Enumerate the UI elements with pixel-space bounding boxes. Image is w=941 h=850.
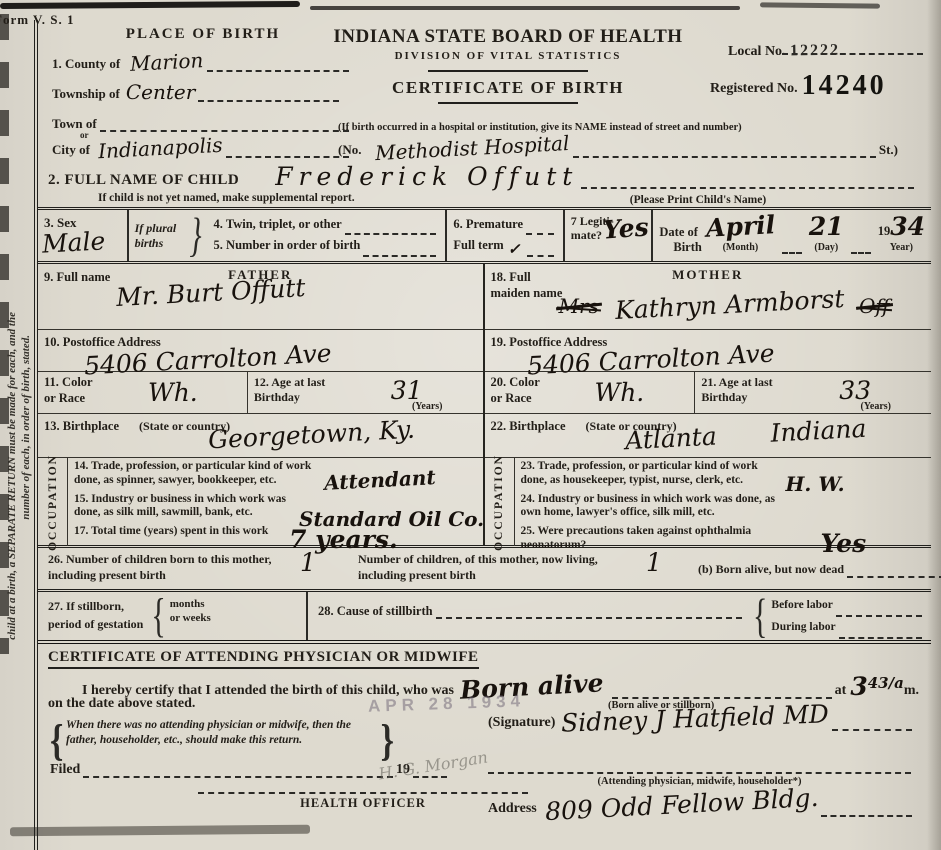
margin-plural-births-note: child at a birth, a SEPARATE RETURN must… bbox=[6, 40, 36, 640]
father-trade-item: 14. Trade, profession, or particular kin… bbox=[74, 460, 324, 488]
year-label: Year) bbox=[890, 242, 913, 253]
children-born-value: 1 bbox=[300, 550, 316, 575]
county-value: Marion bbox=[130, 50, 204, 74]
cause-label: 28. Cause of stillbirth bbox=[318, 604, 433, 619]
dashed-line bbox=[345, 223, 437, 235]
margin-note-line1: child at a birth, a SEPARATE RETURN must… bbox=[6, 312, 18, 640]
stillborn-label-2: period of gestation bbox=[48, 617, 143, 631]
premature-cell: 6. Premature Full term✓ bbox=[445, 210, 562, 261]
attending-dashed-line bbox=[488, 772, 911, 774]
divider-rule bbox=[428, 70, 588, 72]
hospital-line: (No. Methodist Hospital St.) bbox=[338, 138, 898, 158]
child-name-value: Frederick Offutt bbox=[275, 164, 578, 189]
dashed-line bbox=[821, 805, 912, 817]
division-subtitle: DIVISION OF VITAL STATISTICS bbox=[308, 50, 708, 62]
father-trade-label: 14. Trade, profession, or particular kin… bbox=[74, 460, 311, 486]
mother-name-value: Kathryn Armborst bbox=[615, 286, 845, 323]
date-stated-text: on the date above stated. bbox=[48, 696, 195, 712]
certificate-title: CERTIFICATE OF BIRTH bbox=[328, 78, 688, 98]
city-value: Indianapolis bbox=[97, 135, 222, 161]
father-color-cell: 11. Color or Race Wh. bbox=[38, 372, 247, 413]
filed-label: Filed bbox=[50, 762, 80, 778]
birth-month-value: April bbox=[705, 212, 775, 241]
print-name-note: (Please Print Child's Name) bbox=[538, 194, 858, 206]
weeks-label: or weeks bbox=[170, 612, 211, 624]
child-name-line: 2. FULL NAME OF CHILD Frederick Offutt bbox=[48, 164, 917, 189]
dashed-line bbox=[226, 146, 349, 158]
mother-column: MOTHER 18. Full maiden name Mrs Kathryn … bbox=[485, 264, 932, 545]
father-time-label: 17. Total time (years) spent in this wor… bbox=[74, 525, 268, 537]
date-label-2: Birth bbox=[673, 240, 701, 254]
dashed-line bbox=[847, 566, 941, 578]
dashed-line bbox=[573, 146, 876, 158]
mother-occupation-tab: OCCUPATION bbox=[485, 458, 515, 546]
address-label: Address bbox=[488, 801, 537, 817]
sex-value: Male bbox=[41, 228, 106, 256]
mother-section-title: MOTHER bbox=[485, 267, 932, 283]
dashed-line bbox=[851, 242, 871, 254]
county-label: 1. County of bbox=[52, 56, 120, 72]
dashed-line bbox=[527, 245, 553, 257]
health-officer-label: HEALTH OFFICER bbox=[198, 796, 528, 811]
twin-order-cell: 4. Twin, triplet, or other 5. Number in … bbox=[208, 210, 446, 261]
mother-age-cell: 21. Age at last Birthday 33 (Years) bbox=[694, 372, 931, 413]
margin-note-line2: number of each, in order of birth, state… bbox=[20, 335, 32, 520]
county-line: 1. County of Marion bbox=[52, 52, 352, 72]
mother-industry-item: 24. Industry or business in which work w… bbox=[521, 493, 796, 521]
town-line: Town of bbox=[52, 116, 352, 132]
dashed-line bbox=[581, 177, 914, 189]
father-occupation-block: OCCUPATION 14. Trade, profession, or par… bbox=[38, 458, 483, 546]
dashed-line bbox=[782, 242, 802, 254]
mother-trade-value: H. W. bbox=[786, 474, 845, 494]
mother-industry-label: 24. Industry or business in which work w… bbox=[521, 493, 775, 519]
mother-birthplace-label: 22. Birthplace bbox=[491, 419, 566, 433]
address-line: Address 809 Odd Fellow Bldg. bbox=[488, 792, 915, 817]
premature-label: 6. Premature bbox=[453, 214, 523, 235]
local-no-line: Local No. 12222 bbox=[728, 42, 923, 60]
mother-birthplace-row: 22. Birthplace (State or country) Atlant… bbox=[485, 414, 932, 458]
township-label: Township of bbox=[52, 86, 120, 102]
local-no-value: 12222 bbox=[789, 42, 839, 61]
stillborn-label-1: 27. If stillborn, bbox=[48, 599, 124, 613]
father-age-cell: 12. Age at last Birthday 31 (Years) bbox=[247, 372, 483, 413]
local-no-label: Local No. bbox=[728, 44, 786, 59]
date-label-1: Date of bbox=[659, 225, 698, 239]
mother-race-age-row: 20. Color or Race Wh. 21. Age at last Bi… bbox=[485, 372, 932, 414]
physician-section: CERTIFICATE OF ATTENDING PHYSICIAN OR MI… bbox=[38, 644, 931, 850]
father-birthplace-row: 13. Birthplace (State or country) George… bbox=[38, 414, 483, 458]
plural-births-cell: If plural births } bbox=[127, 210, 208, 261]
signature-line: (Signature) Sidney J Hatfield MD bbox=[488, 706, 915, 731]
twin-label: 4. Twin, triplet, or other bbox=[214, 214, 342, 235]
stillbirth-row: 27. If stillborn, period of gestation { … bbox=[38, 592, 931, 644]
birth-year-value: 34 bbox=[890, 212, 925, 241]
dashed-line bbox=[839, 627, 922, 639]
full-term-checkmark: ✓ bbox=[508, 242, 521, 257]
mother-color-label: 20. Color or Race bbox=[491, 375, 551, 406]
time-fraction-value: 43/a bbox=[868, 676, 904, 691]
birth-details-row: 3. Sex Male If plural births } 4. Twin, … bbox=[38, 210, 931, 264]
dashed-line bbox=[436, 607, 742, 619]
hospital-value: Methodist Hospital bbox=[375, 133, 570, 163]
dashed-line bbox=[832, 719, 912, 731]
date-of-birth-cell: Date ofBirth April(Month) 21(Day) 1934Ye… bbox=[651, 210, 931, 261]
mother-name-struck-suffix: Off bbox=[859, 296, 890, 316]
certificate-form: PLACE OF BIRTH 1. County of Marion Towns… bbox=[34, 20, 931, 850]
mother-trade-label: 23. Trade, profession, or particular kin… bbox=[521, 460, 758, 486]
dashed-line bbox=[100, 120, 349, 132]
mother-color-value: Wh. bbox=[595, 380, 645, 405]
sex-cell: 3. Sex Male bbox=[38, 210, 127, 261]
legitimate-value: Yes bbox=[602, 214, 649, 242]
time-hour-value: 3 bbox=[850, 674, 867, 699]
township-line: Township of Center bbox=[52, 82, 342, 102]
address-value: 809 Odd Fellow Bldg. bbox=[544, 785, 819, 824]
parents-section: FATHER 9. Full name Mr. Burt Offutt 10. … bbox=[38, 264, 931, 548]
dashed-line bbox=[526, 223, 554, 235]
legitimate-cell: 7 Legiti-mate? Yes bbox=[563, 210, 652, 261]
supplemental-note: If child is not yet named, make suppleme… bbox=[98, 192, 518, 204]
children-living-label: Number of children, of this mother, now … bbox=[358, 552, 638, 583]
months-label: months bbox=[170, 598, 205, 610]
mother-occupation-label: OCCUPATION bbox=[493, 454, 505, 551]
father-column: FATHER 9. Full name Mr. Burt Offutt 10. … bbox=[38, 264, 485, 545]
labor-cell: { Before labor During labor bbox=[753, 592, 931, 640]
no-attending-note: { When there was no attending physician … bbox=[52, 718, 392, 748]
no-attending-note-text: When there was no attending physician or… bbox=[66, 719, 351, 746]
mother-address-row: 19. Postoffice Address 5406 Carrolton Av… bbox=[485, 330, 932, 372]
town-label: Town of bbox=[52, 116, 97, 132]
brace-icon: { bbox=[753, 590, 767, 644]
children-dead-label: (b) Born alive, but now dead bbox=[698, 562, 844, 578]
dashed-line bbox=[836, 605, 922, 617]
or-label: or bbox=[80, 130, 89, 140]
dashed-line bbox=[83, 766, 393, 778]
mother-occupation-block: OCCUPATION 23. Trade, profession, or par… bbox=[485, 458, 932, 546]
full-term-label: Full term bbox=[453, 235, 503, 256]
hospital-st-label: St.) bbox=[879, 142, 898, 158]
dashed-line bbox=[363, 245, 436, 257]
month-label: (Month) bbox=[723, 242, 759, 253]
mother-age-unit: (Years) bbox=[860, 401, 891, 412]
board-title: INDIANA STATE BOARD OF HEALTH bbox=[308, 26, 708, 48]
father-industry-item: 15. Industry or business in which work w… bbox=[74, 493, 307, 521]
plural-births-label: If plural births bbox=[135, 221, 190, 251]
registered-no-label: Registered No. bbox=[710, 81, 798, 97]
divider-rule bbox=[438, 102, 578, 104]
dashed-line bbox=[612, 687, 831, 699]
brace-icon: { bbox=[151, 589, 165, 651]
attending-note: (Attending physician, midwife, household… bbox=[488, 776, 911, 787]
brace-icon: } bbox=[190, 208, 202, 262]
father-age-label: 12. Age at last Birthday bbox=[254, 375, 344, 405]
city-label: City of bbox=[52, 142, 90, 158]
mother-age-value: 33 bbox=[839, 378, 871, 403]
father-address-label: 10. Postoffice Address bbox=[44, 335, 161, 349]
city-line: or City of Indianapolis bbox=[52, 138, 352, 158]
child-name-label: 2. FULL NAME OF CHILD bbox=[48, 172, 239, 189]
father-industry-label: 15. Industry or business in which work w… bbox=[74, 493, 286, 519]
place-of-birth-title: PLACE OF BIRTH bbox=[98, 26, 308, 43]
children-born-label: 26. Number of children born to this moth… bbox=[48, 552, 298, 583]
children-dead-line: (b) Born alive, but now dead bbox=[698, 562, 941, 578]
hospital-no-label: (No. bbox=[338, 142, 361, 158]
at-label: at bbox=[835, 683, 847, 699]
father-occupation-tab: OCCUPATION bbox=[38, 458, 68, 546]
day-label: (Day) bbox=[814, 242, 838, 253]
before-labor-label: Before labor bbox=[771, 595, 832, 617]
signature-value: Sidney J Hatfield MD bbox=[561, 701, 830, 735]
health-officer-dashed-line bbox=[198, 792, 528, 794]
father-race-age-row: 11. Color or Race Wh. 12. Age at last Bi… bbox=[38, 372, 483, 414]
mother-name-row: MOTHER 18. Full maiden name Mrs Kathryn … bbox=[485, 264, 932, 330]
dashed-line bbox=[198, 90, 339, 102]
father-birthplace-label: 13. Birthplace bbox=[44, 419, 119, 433]
father-address-row: 10. Postoffice Address 5406 Carrolton Av… bbox=[38, 330, 483, 372]
stillborn-cell: 27. If stillborn, period of gestation { … bbox=[38, 592, 306, 640]
cause-cell: 28. Cause of stillbirth bbox=[306, 592, 753, 640]
children-living-value: 1 bbox=[646, 550, 662, 575]
father-age-value: 31 bbox=[391, 378, 423, 403]
father-color-value: Wh. bbox=[148, 380, 198, 405]
order-label: 5. Number in order of birth bbox=[214, 235, 361, 256]
signature-label: (Signature) bbox=[488, 715, 555, 731]
father-birthplace-value: Georgetown, Ky. bbox=[207, 417, 415, 453]
children-count-row: 26. Number of children born to this moth… bbox=[38, 548, 931, 592]
m-label: m. bbox=[904, 683, 919, 699]
father-age-unit: (Years) bbox=[412, 401, 443, 412]
mother-age-label: 21. Age at last Birthday bbox=[701, 375, 791, 405]
father-time-item: 17. Total time (years) spent in this wor… bbox=[74, 525, 275, 539]
father-trade-value: Attendant bbox=[324, 467, 437, 493]
registered-no-line: Registered No. 14240 bbox=[710, 72, 930, 100]
township-value: Center bbox=[126, 82, 195, 102]
mother-color-cell: 20. Color or Race Wh. bbox=[485, 372, 695, 413]
year-prefix: 19 bbox=[878, 224, 891, 238]
mother-trade-item: 23. Trade, profession, or particular kin… bbox=[521, 460, 780, 488]
mother-address-label: 19. Postoffice Address bbox=[491, 335, 608, 349]
father-occupation-label: OCCUPATION bbox=[47, 454, 59, 551]
father-name-row: FATHER 9. Full name Mr. Burt Offutt bbox=[38, 264, 483, 330]
registered-no-value: 14240 bbox=[802, 72, 887, 100]
birth-day-value: 21 bbox=[809, 212, 844, 241]
mother-name-struck-prefix: Mrs bbox=[559, 296, 599, 316]
physician-title: CERTIFICATE OF ATTENDING PHYSICIAN OR MI… bbox=[48, 649, 479, 669]
father-color-label: 11. Color or Race bbox=[44, 375, 104, 406]
scan-artifact-top bbox=[310, 6, 740, 10]
header-section: PLACE OF BIRTH 1. County of Marion Towns… bbox=[38, 20, 931, 210]
during-labor-label: During labor bbox=[771, 617, 835, 639]
